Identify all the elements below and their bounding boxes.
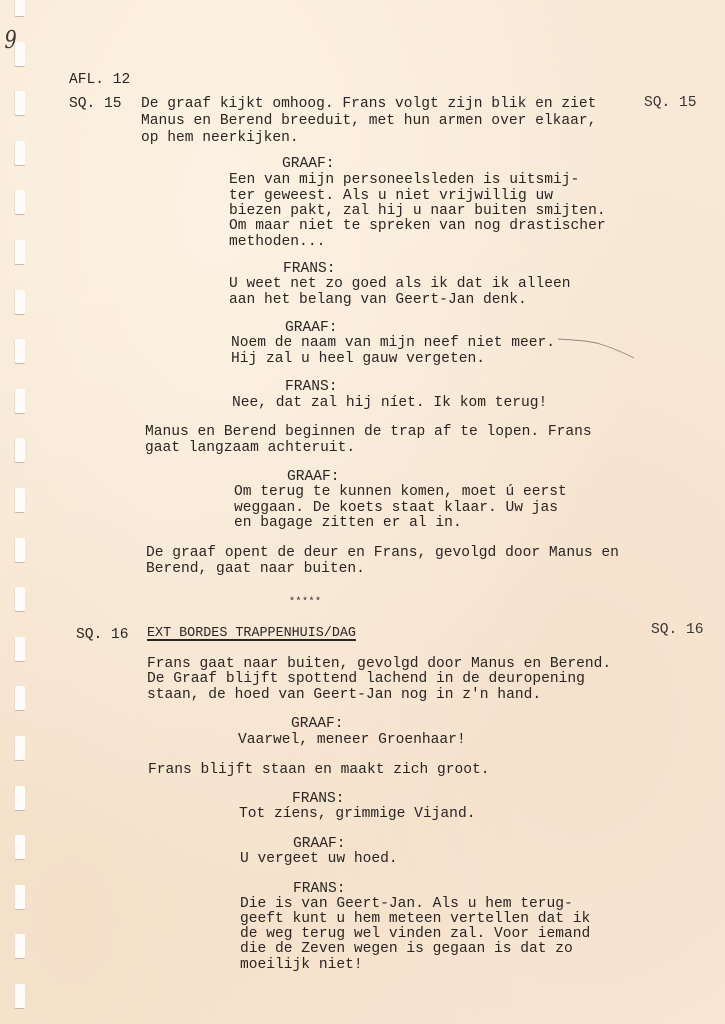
- scene-number-right: SQ. 15: [644, 95, 697, 112]
- binder-hole: [14, 587, 25, 612]
- action-line: De graaf kijkt omhoog. Frans volgt zijn …: [141, 96, 596, 113]
- binder-hole: [14, 190, 25, 215]
- dialogue-line: Nee, dat zal hij níet. Ik kom terug!: [232, 395, 547, 412]
- script-page: 9 AFL. 12 SQ. 15 SQ. 15 De graaf kijkt o…: [0, 0, 725, 1024]
- scene-number-right: SQ. 16: [651, 622, 704, 639]
- action-line: op hem neerkijken.: [141, 130, 299, 147]
- scene-heading: EXT BORDES TRAPPENHUIS/DAG: [147, 626, 356, 643]
- dialogue-line: moeilijk niet!: [240, 957, 363, 974]
- binder-hole: [14, 786, 25, 811]
- binder-hole: [14, 91, 25, 116]
- binder-hole: [14, 736, 25, 761]
- binder-hole: [14, 141, 25, 166]
- binder-hole: [14, 488, 25, 513]
- dialogue-line: U weet net zo goed als ik dat ik alleen: [229, 276, 571, 293]
- dialogue-line: Een van mijn personeelsleden is uitsmij-: [229, 172, 579, 189]
- scene-separator: *****: [289, 595, 322, 612]
- episode-label: AFL. 12: [69, 72, 130, 89]
- dialogue-line: Tot zíens, grimmige Vijand.: [239, 806, 475, 823]
- binder-hole: [14, 339, 25, 364]
- dialogue-line: U vergeet uw hoed.: [240, 851, 398, 868]
- dialogue-line: Noem de naam van mijn neef niet meer.: [231, 335, 555, 352]
- dialogue-line: methoden...: [229, 234, 325, 251]
- action-line: Manus en Berend breeduit, met hun armen …: [141, 113, 596, 130]
- dialogue-line: Hij zal u heel gauw vergeten.: [231, 351, 485, 368]
- handwritten-page-number: 9: [5, 26, 17, 54]
- binder-hole: [14, 290, 25, 315]
- dialogue-line: Om terug te kunnen komen, moet ú eerst: [234, 484, 567, 501]
- binder-hole: [14, 984, 25, 1009]
- pencil-mark: [556, 336, 636, 360]
- binder-holes: [14, 0, 26, 1024]
- action-line: De graaf opent de deur en Frans, gevolgd…: [146, 545, 619, 562]
- binder-hole: [14, 538, 25, 563]
- character-name: GRAAF:: [291, 716, 344, 733]
- binder-hole: [14, 389, 25, 414]
- scene-number-left: SQ. 15: [69, 96, 122, 113]
- action-line: De Graaf blijft spottend lachend in de d…: [147, 671, 585, 688]
- dialogue-line: Om maar niet te spreken van nog drastisc…: [229, 218, 606, 235]
- dialogue-line: die de Zeven wegen is gegaan is dat zo: [240, 941, 573, 958]
- action-line: Berend, gaat naar buiten.: [146, 561, 365, 578]
- dialogue-line: en bagage zitten er al in.: [234, 515, 462, 532]
- action-line: Frans blijft staan en maakt zich groot.: [148, 762, 490, 779]
- dialogue-line: Vaarwel, meneer Groenhaar!: [238, 732, 466, 749]
- binder-hole: [14, 0, 25, 17]
- character-name: GRAAF:: [282, 156, 335, 173]
- binder-hole: [14, 438, 25, 463]
- binder-hole: [14, 934, 25, 959]
- action-line: Manus en Berend beginnen de trap af te l…: [145, 424, 592, 441]
- dialogue-line: aan het belang van Geert-Jan denk.: [229, 292, 527, 309]
- binder-hole: [14, 835, 25, 860]
- action-line: staan, de hoed van Geert-Jan nog in z'n …: [147, 687, 541, 704]
- binder-hole: [14, 885, 25, 910]
- action-line: gaat langzaam achteruit.: [145, 440, 355, 457]
- binder-hole: [14, 240, 25, 265]
- binder-hole: [14, 637, 25, 662]
- binder-hole: [14, 686, 25, 711]
- scene-number-left: SQ. 16: [76, 627, 129, 644]
- character-name: FRANS:: [285, 379, 338, 396]
